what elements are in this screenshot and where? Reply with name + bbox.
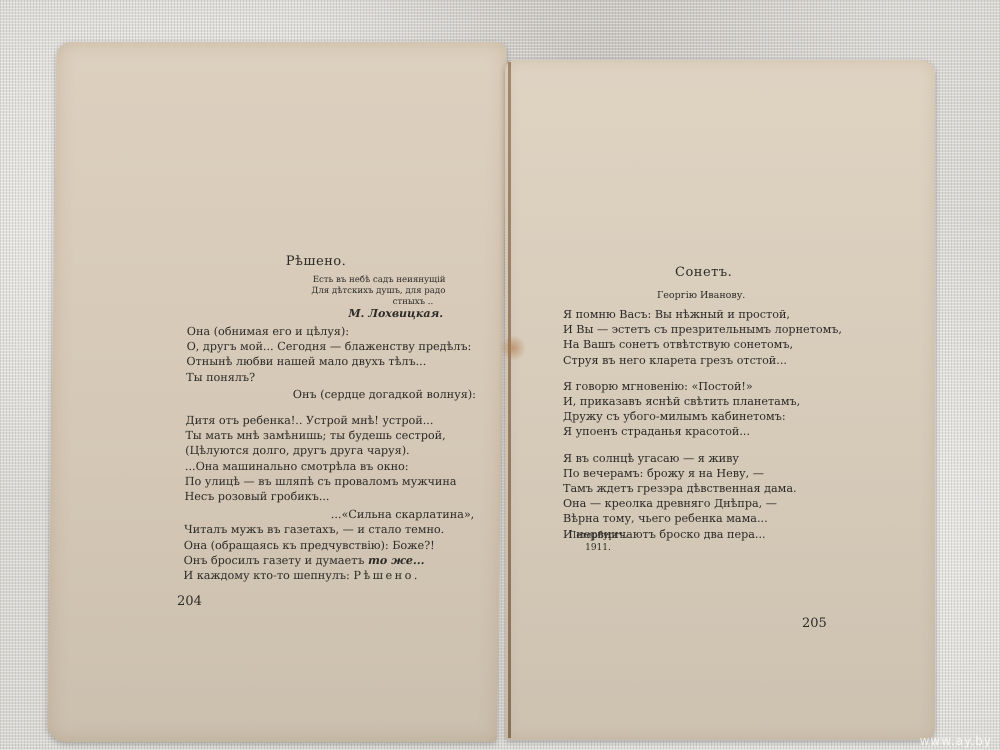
place-date: Петербургъ. 1911. (563, 530, 633, 554)
emphasis-text: то же... (368, 553, 425, 567)
poem-line: На Вашъ сонетъ отвѣтствую сонетомъ, (563, 337, 842, 352)
poem-line: И каждому кто-то шепнулъ: Рѣшено. (183, 568, 473, 583)
stanza: Я въ солнцѣ угасаю — я живу По вечерамъ:… (563, 451, 842, 542)
stanza: Я говорю мгновенію: «Постой!» И, приказа… (563, 379, 842, 440)
poem-title: Сонетъ. (675, 265, 732, 280)
stage-direction: Онъ (сердце догадкой волнуя): (186, 387, 476, 402)
spaced-word: Рѣшено. (353, 569, 420, 582)
watermark: www.ay.by (920, 734, 992, 748)
poem-body: Я помню Васъ: Вы нѣжный и простой, И Вы … (563, 307, 842, 542)
dedication: Георгію Иванову. (657, 290, 745, 301)
page-number: 204 (177, 594, 202, 609)
poem-line: По улицѣ — въ шляпѣ съ проваломъ мужчина (185, 474, 475, 489)
epigraph: Есть въ небѣ садъ неиянущій Для дѣтскихъ… (311, 275, 446, 308)
poem-line: Ты понялъ? (186, 370, 476, 385)
poem-line: Я въ солнцѣ угасаю — я живу (563, 451, 842, 466)
poem-line: Онъ бросилъ газету и думаетъ то же... (184, 553, 474, 568)
place: Петербургъ. (563, 530, 633, 542)
poem-body: Она (обнимая его и цѣлуя): О, другъ мой.… (183, 324, 477, 583)
year: 1911. (563, 542, 633, 554)
poem-line: Я упоенъ страданья красотой... (563, 424, 842, 439)
epigraph-line: Для дѣтскихъ душъ, для радо (311, 286, 445, 297)
right-page: Сонетъ. Георгію Иванову. Я помню Васъ: В… (505, 60, 935, 740)
quote-line: ...«Сильна скарлатина», (184, 507, 474, 522)
poem-line: ...Она машинально смотрѣла въ окно: (185, 459, 475, 474)
poem-title: Рѣшено. (286, 254, 347, 269)
poem-line: О, другъ мой... Сегодня — блаженству пре… (187, 339, 477, 354)
poem-line: (Цѣлуются долго, другъ друга чаруя). (185, 443, 475, 458)
poem-line: По вечерамъ: брожу я на Неву, — (563, 466, 842, 481)
poem-line: Я говорю мгновенію: «Постой!» (563, 379, 842, 394)
poem-line: Я помню Васъ: Вы нѣжный и простой, (563, 307, 842, 322)
poem-line: Она (обнимая его и цѣлуя): (187, 324, 477, 339)
age-stain (500, 335, 526, 361)
stanza: Я помню Васъ: Вы нѣжный и простой, И Вы … (563, 307, 842, 368)
page-number: 205 (802, 616, 827, 631)
left-page: Рѣшено. Есть въ небѣ садъ неиянущій Для … (47, 42, 507, 742)
poem-line: Несъ розовый гробикъ... (184, 489, 474, 504)
poem-line-text: И каждому кто-то шепнулъ: (183, 569, 350, 582)
poem-line: Она — креолка древняго Днѣпра, — (563, 496, 842, 511)
poem-line: И Вы — эстетъ съ презрительнымъ лорнетом… (563, 322, 842, 337)
book-spine (508, 62, 511, 738)
poem-line: Дружу съ убого-милымъ кабинетомъ: (563, 409, 842, 424)
poem-line: Дитя отъ ребенка!.. Устрой мнѣ! устрой..… (185, 413, 475, 428)
poem-line: Вѣрна тому, чьего ребенка мама... (563, 511, 842, 526)
poem-line: Ты мать мнѣ замѣнишь; ты будешь сестрой, (185, 428, 475, 443)
poem-line: Тамъ ждетъ грезэра дѣвственная дама. (563, 481, 842, 496)
poem-line: Струя въ него кларета грезъ отстой... (563, 353, 842, 368)
poem-line: Отнынѣ любви нашей мало двухъ тѣлъ... (186, 354, 476, 369)
epigraph-author: М. Лохвицкая. (348, 307, 443, 320)
poem-line-text: Онъ бросилъ газету и думаетъ (184, 554, 365, 567)
poem-line: Она (обращаясь къ предчувствію): Боже?! (184, 538, 474, 553)
epigraph-line: Есть въ небѣ садъ неиянущій (311, 275, 445, 286)
poem-line: Читалъ мужъ въ газетахъ, — и стало темно… (184, 522, 474, 537)
poem-line: И, приказавъ яснѣй свѣтить планетамъ, (563, 394, 842, 409)
